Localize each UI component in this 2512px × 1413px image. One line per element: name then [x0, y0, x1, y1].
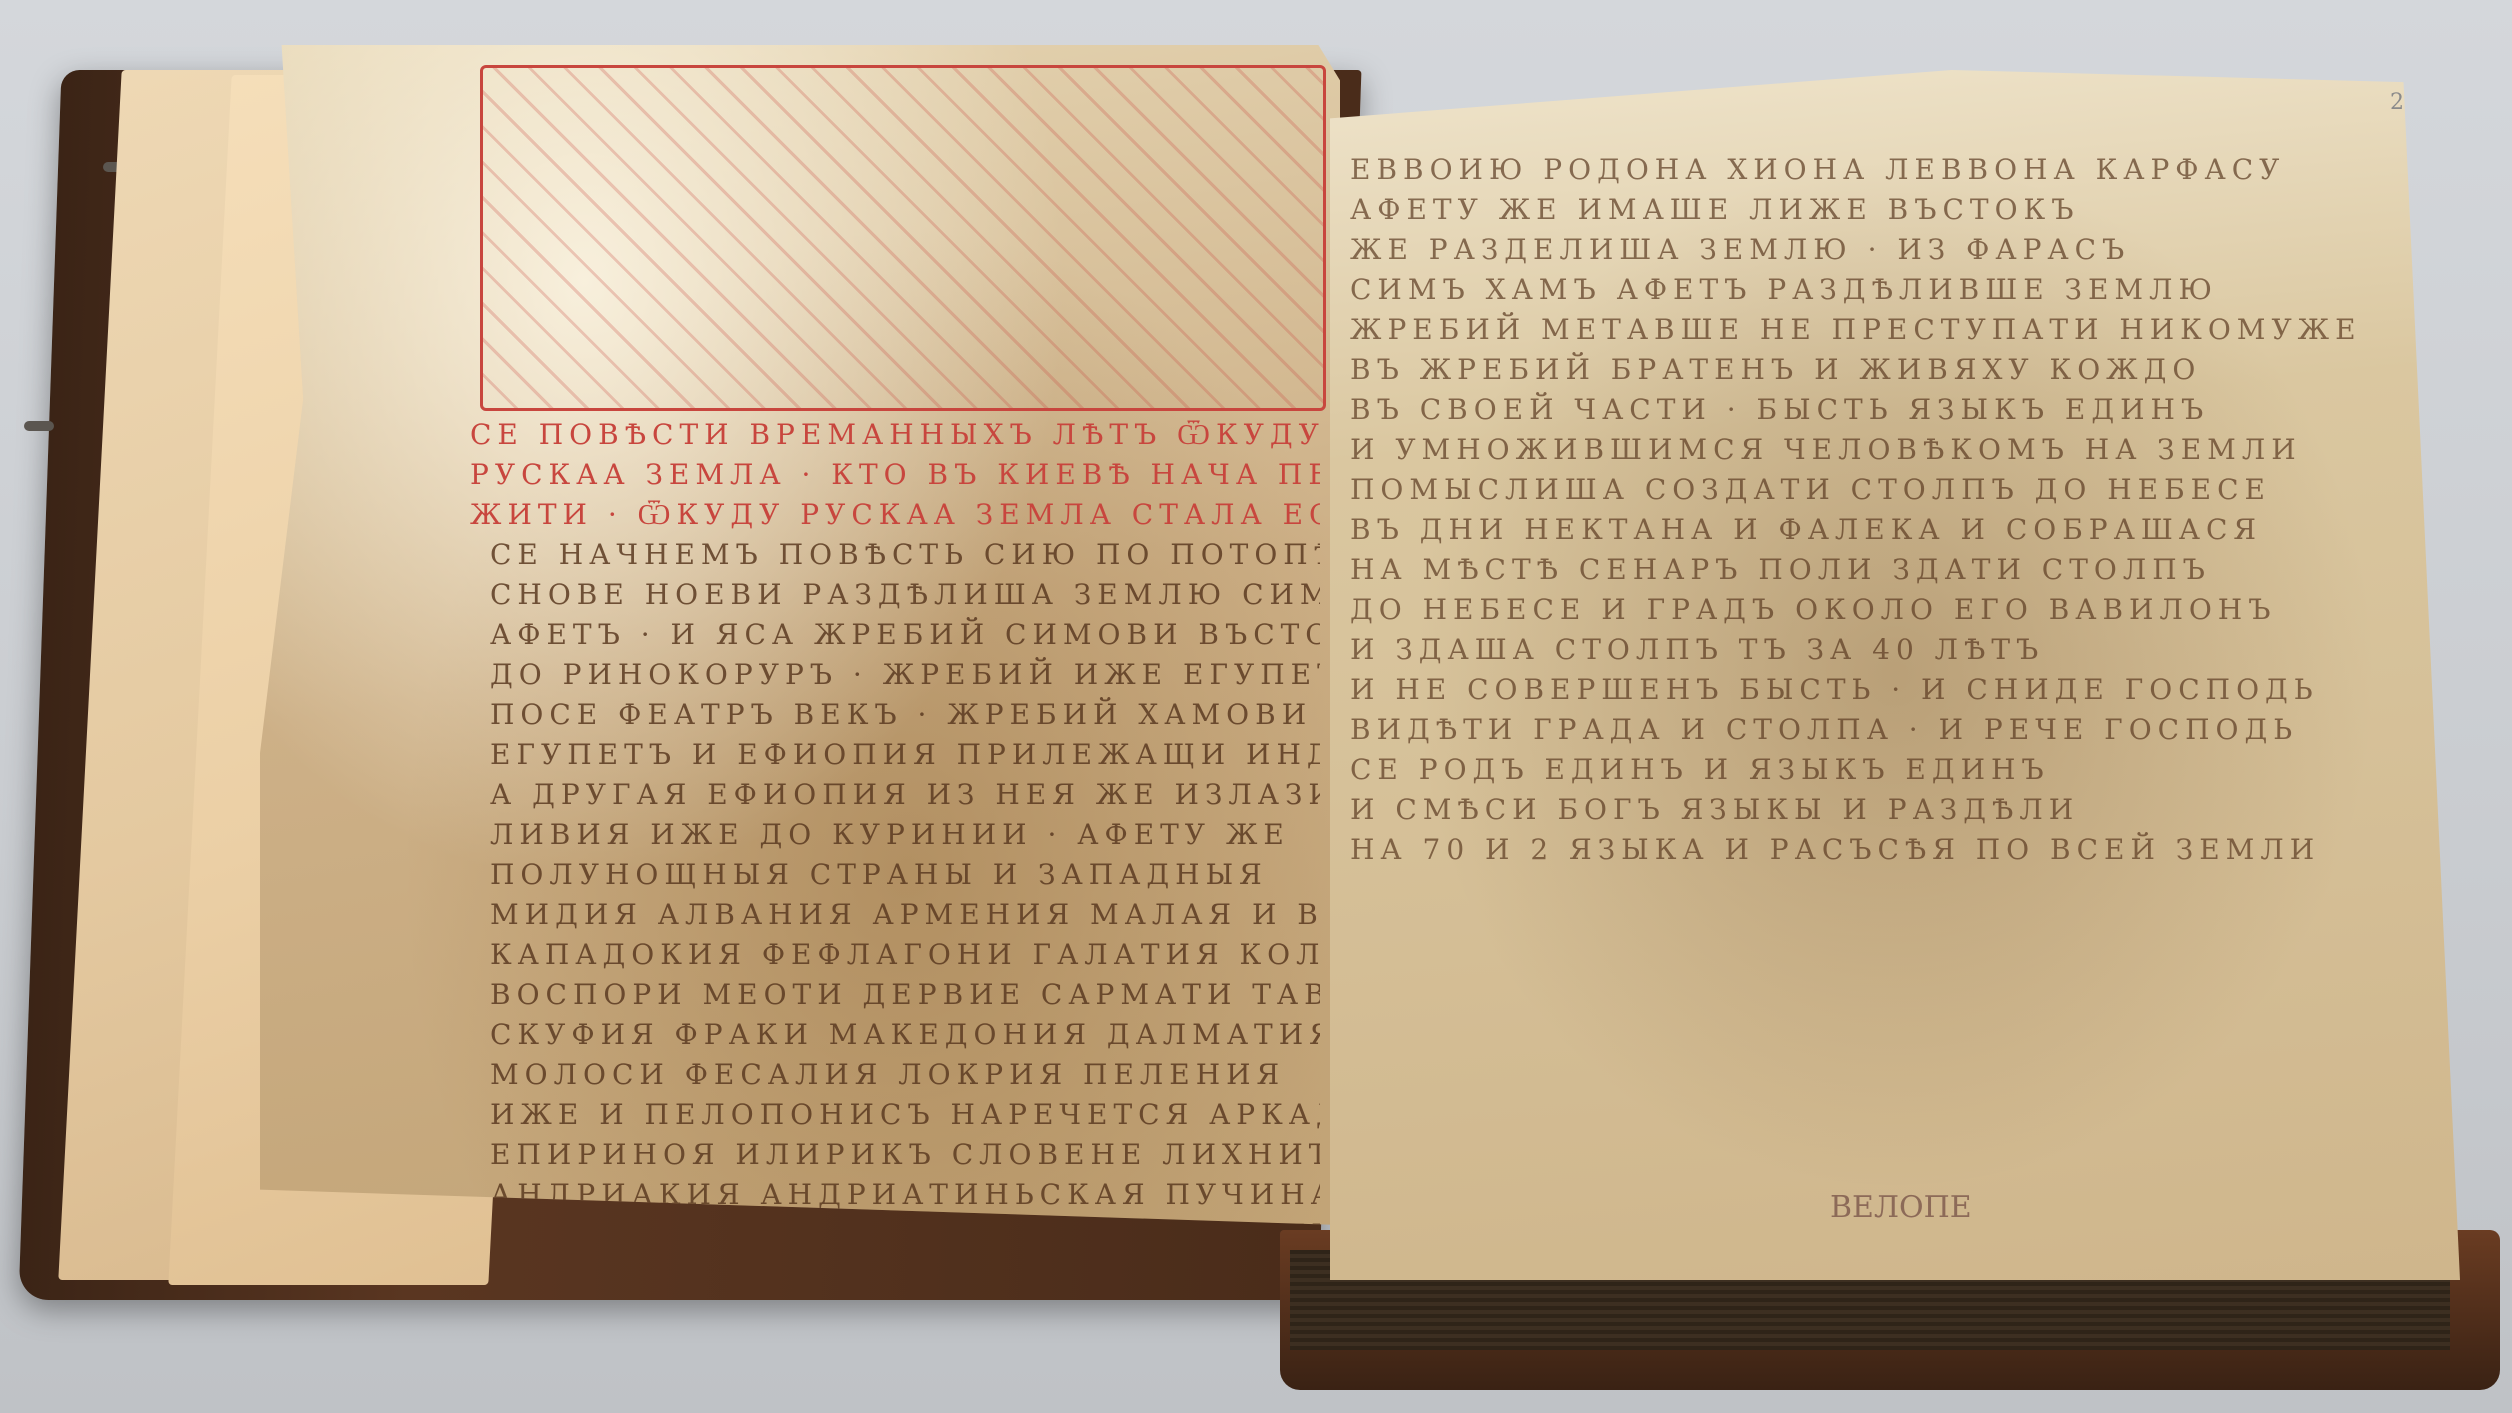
pencil-annotation: ВЕЛОПЕ	[1830, 1190, 1972, 1225]
text-line: МИДИЯ АЛВАНИЯ АРМЕНИЯ МАЛАЯ И ВЕЛИКАЯ	[490, 895, 1320, 935]
clasp-pin-lower	[24, 421, 54, 431]
text-line: ЕПИРИНОЯ ИЛИРИКЪ СЛОВЕНЕ ЛИХНИТИЯ	[490, 1135, 1320, 1175]
text-line: И ЗДАША СТОЛПЪ ТЪ ЗА 40 ЛѢТЪ	[1350, 630, 2400, 670]
text-line: ДО НЕБЕСЕ И ГРАДЪ ОКОЛО ЕГО ВАВИЛОНЪ	[1350, 590, 2400, 630]
text-line: ВЪ СВОЕЙ ЧАСТИ · БЫСТЬ ЯЗЫКЪ ЕДИНЪ	[1350, 390, 2400, 430]
text-line: ВОСПОРИ МЕОТИ ДЕРВИЕ САРМАТИ ТАВРИАНИ	[490, 975, 1320, 1015]
text-line: ВЪ ДНИ НЕКТАНА И ФАЛЕКА И СОБРАШАСЯ	[1350, 510, 2400, 550]
text-line: ПОЛУНОЩНЫЯ СТРАНЫ И ЗАПАДНЫЯ	[490, 855, 1320, 895]
text-line: СИМЪ ХАМЪ АФЕТЪ РАЗДѢЛИВШЕ ЗЕМЛЮ	[1350, 270, 2400, 310]
text-line: ПОМЫСЛИША СОЗДАТИ СТОЛПЪ ДО НЕБЕСЕ	[1350, 470, 2400, 510]
text-line: И СМѢСИ БОГЪ ЯЗЫКЫ И РАЗДѢЛИ	[1350, 790, 2400, 830]
text-line: И УМНОЖИВШИМСЯ ЧЕЛОВѢКОМЪ НА ЗЕМЛИ	[1350, 430, 2400, 470]
rubric-title-block: СЕ ПОВѢСТИ ВРЕМАННЫХЪ ЛѢТЪ ѾКУДУ ЕСТЬ ПО…	[470, 415, 1320, 535]
left-text-column: СЕ НАЧНЕМЪ ПОВѢСТЬ СИЮ ПО ПОТОПѢ ПЕРВИЕ …	[490, 535, 1320, 1255]
text-line: ЖРЕБИЙ МЕТАВШЕ НЕ ПРЕСТУПАТИ НИКОМУЖЕ	[1350, 310, 2400, 350]
interlace-headpiece-ornament	[480, 65, 1326, 411]
text-line: НА 70 И 2 ЯЗЫКА И РАСЪСѢЯ ПО ВСЕЙ ЗЕМЛИ	[1350, 830, 2400, 870]
text-line: ЕВВОИЮ РОДОНА ХИОНА ЛЕВВОНА КАРФАСУ	[1350, 150, 2400, 190]
rubric-line: СЕ ПОВѢСТИ ВРЕМАННЫХЪ ЛѢТЪ ѾКУДУ ЕСТЬ ПО…	[470, 415, 1320, 455]
text-line: А ДРУГАЯ ЕФИОПИЯ ИЗ НЕЯ ЖЕ ИЗЛАЗИТЬ РѢКА	[490, 775, 1320, 815]
text-line: ДО РИНОКОРУРЪ · ЖРЕБИЙ ИЖЕ ЕГУПЕТЪСКЫЙ	[490, 655, 1320, 695]
text-line: ЖЕ РАЗДЕЛИША ЗЕМЛЮ · ИЗ ФАРАСЪ	[1350, 230, 2400, 270]
text-line: НА МѢСТѢ СЕНАРЪ ПОЛИ ЗДАТИ СТОЛПЪ	[1350, 550, 2400, 590]
text-line: ЕГУПЕТЪ И ЕФИОПИЯ ПРИЛЕЖАЩИ ИНДОМЪ	[490, 735, 1320, 775]
text-line: ВЪ ЖРЕБИЙ БРАТЕНЪ И ЖИВЯХУ КОЖДО	[1350, 350, 2400, 390]
rubric-line: ЖИТИ · ѾКУДУ РУСКАА ЗЕМЛА СТАЛА ЕСТЬ ·:·	[470, 495, 1320, 535]
text-line: ВИДѢТИ ГРАДА И СТОЛПА · И РЕЧЕ ГОСПОДЬ	[1350, 710, 2400, 750]
text-line: ЛИВИЯ ИЖЕ ДО КУРИНИИ · АФЕТУ ЖЕ	[490, 815, 1320, 855]
text-line: АФЕТЪ · И ЯСА ЖРЕБИЙ СИМОВИ ВЪСТОКЪ	[490, 615, 1320, 655]
text-line: СНОВЕ НОЕВИ РАЗДѢЛИША ЗЕМЛЮ СИМЪ ХАМЪ	[490, 575, 1320, 615]
text-line: АФЕТУ ЖЕ ИМАШЕ ЛИЖЕ ВЪСТОКЪ	[1350, 190, 2400, 230]
text-line: МОЛОСИ ФЕСАЛИЯ ЛОКРИЯ ПЕЛЕНИЯ	[490, 1055, 1320, 1095]
text-line: КАПАДОКИЯ ФЕФЛАГОНИ ГАЛАТИЯ КОЛХИСЪ	[490, 935, 1320, 975]
text-line: СЕ НАЧНЕМЪ ПОВѢСТЬ СИЮ ПО ПОТОПѢ ПЕРВИЕ	[490, 535, 1320, 575]
text-line: ПОСЕ ФЕАТРЪ ВЕКЪ · ЖРЕБИЙ ХАМОВИ ПОЛУДЕН…	[490, 695, 1320, 735]
rubric-line: РУСКАА ЗЕМЛА · КТО ВЪ КИЕВѢ НАЧА ПЕРВѢЕ …	[470, 455, 1320, 495]
right-vellum-page: 2 ЕВВОИЮ РОДОНА ХИОНА ЛЕВВОНА КАРФАСУ АФ…	[1330, 70, 2460, 1280]
left-vellum-page: СЕ ПОВѢСТИ ВРЕМАННЫХЪ ЛѢТЪ ѾКУДУ ЕСТЬ ПО…	[260, 45, 1340, 1225]
text-line: СКУФИЯ ФРАКИ МАКЕДОНИЯ ДАЛМАТИЯ	[490, 1015, 1320, 1055]
text-line: СЕ РОДЪ ЕДИНЪ И ЯЗЫКЪ ЕДИНЪ	[1350, 750, 2400, 790]
folio-number: 2	[2390, 90, 2404, 115]
right-text-column: ЕВВОИЮ РОДОНА ХИОНА ЛЕВВОНА КАРФАСУ АФЕТ…	[1350, 150, 2400, 870]
text-line: ИЖЕ И ПЕЛОПОНИСЪ НАРЕЧЕТСЯ АРКАДИЯ	[490, 1095, 1320, 1135]
text-line: И НЕ СОВЕРШЕНЪ БЫСТЬ · И СНИДЕ ГОСПОДЬ	[1350, 670, 2400, 710]
